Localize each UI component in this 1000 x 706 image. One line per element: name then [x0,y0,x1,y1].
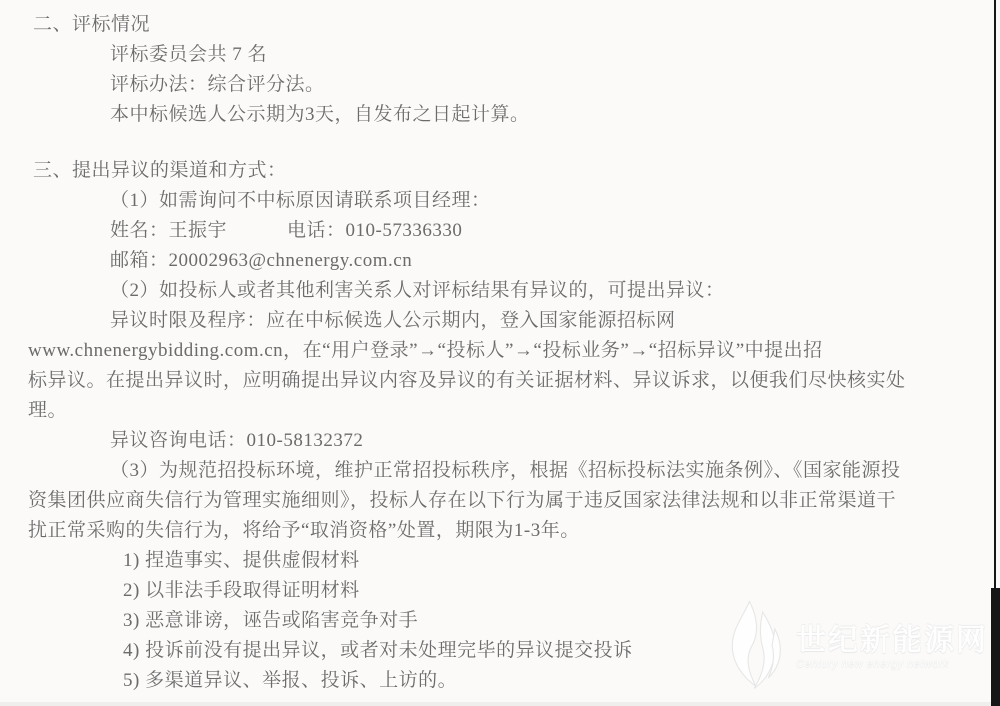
scan-edge-bottom [0,702,1000,706]
section-objection-heading: 三、提出异议的渠道和方式： [0,156,1000,186]
contact-name: 姓名：王振宇 [110,216,287,246]
scanned-document-page: 二、评标情况 评标委员会共 7 名 评标办法：综合评分法。 本中标候选人公示期为… [0,0,1000,706]
objection-p2-line1: 异议时限及程序：应在中标候选人公示期内，登入国家能源招标网 [0,306,1000,336]
scan-edge-right-corner [991,588,1000,706]
site-watermark: 世纪新能源网 Century new energy network [724,599,988,696]
eval-committee-line: 评标委员会共 7 名 [0,40,1000,70]
objection-p3-line3: 扰正常采购的失信行为，将给予“取消资格”处置，期限为1-3年。 [0,516,1000,546]
contact-row: 姓名：王振宇电话：010-57336330 [0,216,1000,246]
objection-p2-intro: （2）如投标人或者其他利害关系人对评标结果有异议的，可提出异议： [0,276,1000,306]
objection-p3-line2: 资集团供应商失信行为管理实施细则》，投标人存在以下行为属于违反国家法律法规和以非… [0,486,1000,516]
contact-phone: 电话：010-57336330 [287,220,462,241]
objection-p2-line4: 理。 [0,396,1000,426]
objection-p2-line2: www.chnenergybidding.com.cn，在“用户登录”→“投标人… [0,336,1000,366]
objection-p3-line1: （3）为规范招投标环境，维护正常招投标秩序，根据《招标投标法实施条例》、《国家能… [0,456,1000,486]
consult-phone-line: 异议咨询电话：010-58132372 [0,426,1000,456]
section-eval-heading: 二、评标情况 [0,10,1000,40]
document-body: 二、评标情况 评标委员会共 7 名 评标办法：综合评分法。 本中标候选人公示期为… [0,10,1000,696]
watermark-cn: 世纪新能源网 [796,624,988,658]
eval-method-line: 评标办法：综合评分法。 [0,70,1000,100]
objection-p1-intro: （1）如需询问不中标原因请联系项目经理： [0,186,1000,216]
flame-logo-icon [724,599,790,696]
watermark-en: Century new energy network [796,658,988,671]
violation-item-1: 1) 捏造事实、提供虚假材料 [0,546,1000,576]
eval-publicity-line: 本中标候选人公示期为3天，自发布之日起计算。 [0,100,1000,130]
contact-email-line: 邮箱：20002963@chnenergy.com.cn [0,246,1000,276]
objection-p2-line3: 标异议。在提出异议时，应明确提出异议内容及异议的有关证据材料、异议诉求，以便我们… [0,366,1000,396]
watermark-text: 世纪新能源网 Century new energy network [796,624,988,671]
